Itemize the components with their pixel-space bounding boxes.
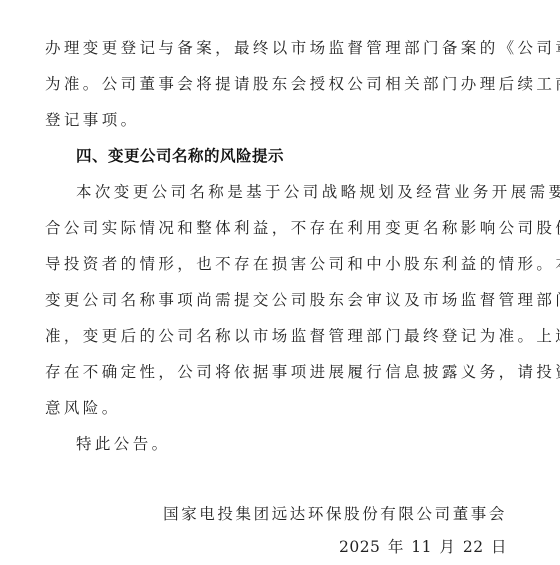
text-line: 准，变更后的公司名称以市场监督管理部门最终登记为准。上述事项 — [45, 318, 507, 354]
text-line: 变更公司名称事项尚需提交公司股东会审议及市场监督管理部门核 — [45, 282, 507, 318]
spacer — [45, 462, 507, 496]
text-line: 办理变更登记与备案，最终以市场监督管理部门备案的《公司章程》 — [45, 30, 507, 66]
text-line: 登记事项。 — [45, 102, 507, 138]
text-line: 为准。公司董事会将提请股东会授权公司相关部门办理后续工商变更 — [45, 66, 507, 102]
text-line: 意风险。 — [45, 390, 507, 426]
text-line: 存在不确定性，公司将依据事项进展履行信息披露义务，请投资者注 — [45, 354, 507, 390]
closing-statement: 特此公告。 — [45, 426, 507, 462]
text-line: 合公司实际情况和整体利益，不存在利用变更名称影响公司股价、误 — [45, 210, 507, 246]
risk-paragraph: 本次变更公司名称是基于公司战略规划及经营业务开展需要，符 合公司实际情况和整体利… — [45, 174, 507, 426]
announcement-date: 2025 年 11 月 22 日 — [45, 532, 507, 565]
announcement-page: 办理变更登记与备案，最终以市场监督管理部门备案的《公司章程》 为准。公司董事会将… — [45, 30, 507, 565]
text-line: 导投资者的情形，也不存在损害公司和中小股东利益的情形。本次拟 — [45, 246, 507, 282]
signatory: 国家电投集团远达环保股份有限公司董事会 — [45, 496, 507, 532]
text-line: 本次变更公司名称是基于公司战略规划及经营业务开展需要，符 — [45, 174, 507, 210]
paragraph-continuation: 办理变更登记与备案，最终以市场监督管理部门备案的《公司章程》 为准。公司董事会将… — [45, 30, 507, 138]
section-heading: 四、变更公司名称的风险提示 — [45, 138, 507, 174]
